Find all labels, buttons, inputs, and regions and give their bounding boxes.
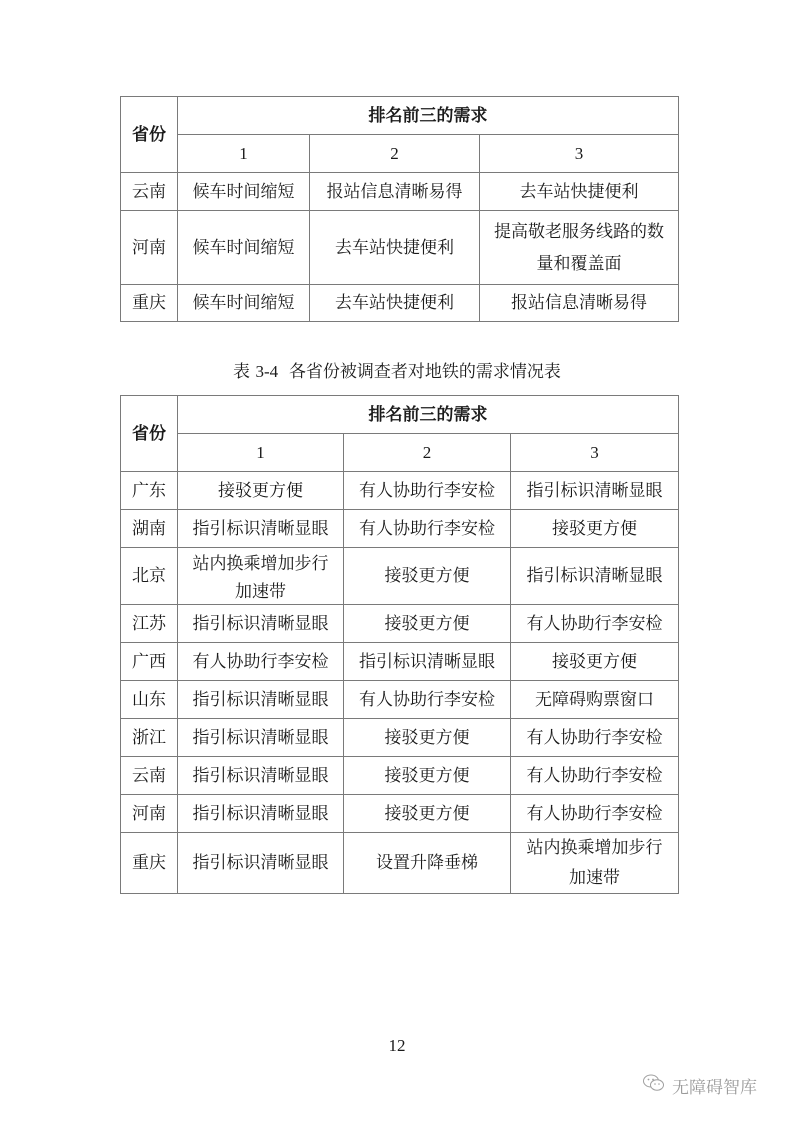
need-cell: 接驳更方便 — [344, 605, 511, 643]
need-cell: 候车时间缩短 — [178, 173, 310, 211]
table-row: 河南 指引标识清晰显眼 接驳更方便 有人协助行李安检 — [121, 795, 679, 833]
needs-group-header: 排名前三的需求 — [178, 396, 679, 434]
province-cell: 云南 — [121, 173, 178, 211]
table-row: 广西 有人协助行李安检 指引标识清晰显眼 接驳更方便 — [121, 643, 679, 681]
need-cell: 指引标识清晰显眼 — [178, 795, 344, 833]
need-cell: 指引标识清晰显眼 — [178, 719, 344, 757]
province-cell: 广西 — [121, 643, 178, 681]
province-cell: 山东 — [121, 681, 178, 719]
province-cell: 江苏 — [121, 605, 178, 643]
need-cell: 指引标识清晰显眼 — [178, 510, 344, 548]
watermark-text: 无障碍智库 — [672, 1073, 757, 1098]
page-number: 12 — [0, 1036, 794, 1056]
need-cell: 有人协助行李安检 — [178, 643, 344, 681]
need-cell: 有人协助行李安检 — [344, 681, 511, 719]
rank-header: 2 — [344, 434, 511, 472]
need-cell: 接驳更方便 — [511, 510, 679, 548]
rank-header: 2 — [310, 135, 480, 173]
need-cell: 站内换乘增加步行加速带 — [178, 548, 344, 605]
table-row: 重庆 候车时间缩短 去车站快捷便利 报站信息清晰易得 — [121, 285, 679, 322]
need-cell: 报站信息清晰易得 — [480, 285, 679, 322]
need-cell: 接驳更方便 — [511, 643, 679, 681]
table-row: 重庆 指引标识清晰显眼 设置升降垂梯 站内换乘增加步行加速带 — [121, 833, 679, 894]
province-cell: 浙江 — [121, 719, 178, 757]
subway-needs-table: 省份 排名前三的需求 1 2 3 广东 接驳更方便 有人协助行李安检 指引标识清… — [120, 395, 679, 894]
rank-header: 1 — [178, 135, 310, 173]
need-cell: 站内换乘增加步行加速带 — [511, 833, 679, 894]
need-cell: 去车站快捷便利 — [310, 285, 480, 322]
table-row: 湖南 指引标识清晰显眼 有人协助行李安检 接驳更方便 — [121, 510, 679, 548]
rank-header: 3 — [511, 434, 679, 472]
need-cell: 指引标识清晰显眼 — [178, 605, 344, 643]
rank-header: 3 — [480, 135, 679, 173]
province-cell: 广东 — [121, 472, 178, 510]
need-cell: 指引标识清晰显眼 — [178, 757, 344, 795]
bus-needs-table: 省份 排名前三的需求 1 2 3 云南 候车时间缩短 报站信息清晰易得 去车站快… — [120, 96, 679, 322]
need-cell: 候车时间缩短 — [178, 211, 310, 285]
table-caption: 表 3-4 各省份被调查者对地铁的需求情况表 — [0, 357, 794, 382]
need-cell: 接驳更方便 — [344, 548, 511, 605]
rank-header: 1 — [178, 434, 344, 472]
province-header: 省份 — [121, 97, 178, 173]
need-cell: 有人协助行李安检 — [511, 719, 679, 757]
need-cell: 去车站快捷便利 — [480, 173, 679, 211]
need-cell: 指引标识清晰显眼 — [511, 548, 679, 605]
need-cell: 指引标识清晰显眼 — [511, 472, 679, 510]
province-cell: 重庆 — [121, 285, 178, 322]
need-cell: 候车时间缩短 — [178, 285, 310, 322]
province-cell: 云南 — [121, 757, 178, 795]
wechat-icon — [642, 1073, 666, 1098]
need-cell: 接驳更方便 — [344, 719, 511, 757]
table-row: 云南 指引标识清晰显眼 接驳更方便 有人协助行李安检 — [121, 757, 679, 795]
table-row: 江苏 指引标识清晰显眼 接驳更方便 有人协助行李安检 — [121, 605, 679, 643]
province-cell: 河南 — [121, 211, 178, 285]
need-cell: 有人协助行李安检 — [511, 795, 679, 833]
table-row: 云南 候车时间缩短 报站信息清晰易得 去车站快捷便利 — [121, 173, 679, 211]
need-cell: 指引标识清晰显眼 — [178, 681, 344, 719]
need-cell: 有人协助行李安检 — [344, 510, 511, 548]
need-cell: 接驳更方便 — [178, 472, 344, 510]
need-cell: 设置升降垂梯 — [344, 833, 511, 894]
need-cell: 去车站快捷便利 — [310, 211, 480, 285]
need-cell: 指引标识清晰显眼 — [178, 833, 344, 894]
province-header: 省份 — [121, 396, 178, 472]
need-cell: 提高敬老服务线路的数量和覆盖面 — [480, 211, 679, 285]
need-cell: 接驳更方便 — [344, 757, 511, 795]
need-cell: 无障碍购票窗口 — [511, 681, 679, 719]
province-cell: 湖南 — [121, 510, 178, 548]
need-cell: 有人协助行李安检 — [511, 605, 679, 643]
table-row: 浙江 指引标识清晰显眼 接驳更方便 有人协助行李安检 — [121, 719, 679, 757]
table-row: 北京 站内换乘增加步行加速带 接驳更方便 指引标识清晰显眼 — [121, 548, 679, 605]
need-cell: 有人协助行李安检 — [344, 472, 511, 510]
watermark: 无障碍智库 — [642, 1073, 757, 1098]
table-row: 河南 候车时间缩短 去车站快捷便利 提高敬老服务线路的数量和覆盖面 — [121, 211, 679, 285]
province-cell: 重庆 — [121, 833, 178, 894]
table-row: 山东 指引标识清晰显眼 有人协助行李安检 无障碍购票窗口 — [121, 681, 679, 719]
province-cell: 北京 — [121, 548, 178, 605]
need-cell: 有人协助行李安检 — [511, 757, 679, 795]
table-row: 广东 接驳更方便 有人协助行李安检 指引标识清晰显眼 — [121, 472, 679, 510]
needs-group-header: 排名前三的需求 — [178, 97, 679, 135]
need-cell: 指引标识清晰显眼 — [344, 643, 511, 681]
province-cell: 河南 — [121, 795, 178, 833]
need-cell: 报站信息清晰易得 — [310, 173, 480, 211]
need-cell: 接驳更方便 — [344, 795, 511, 833]
